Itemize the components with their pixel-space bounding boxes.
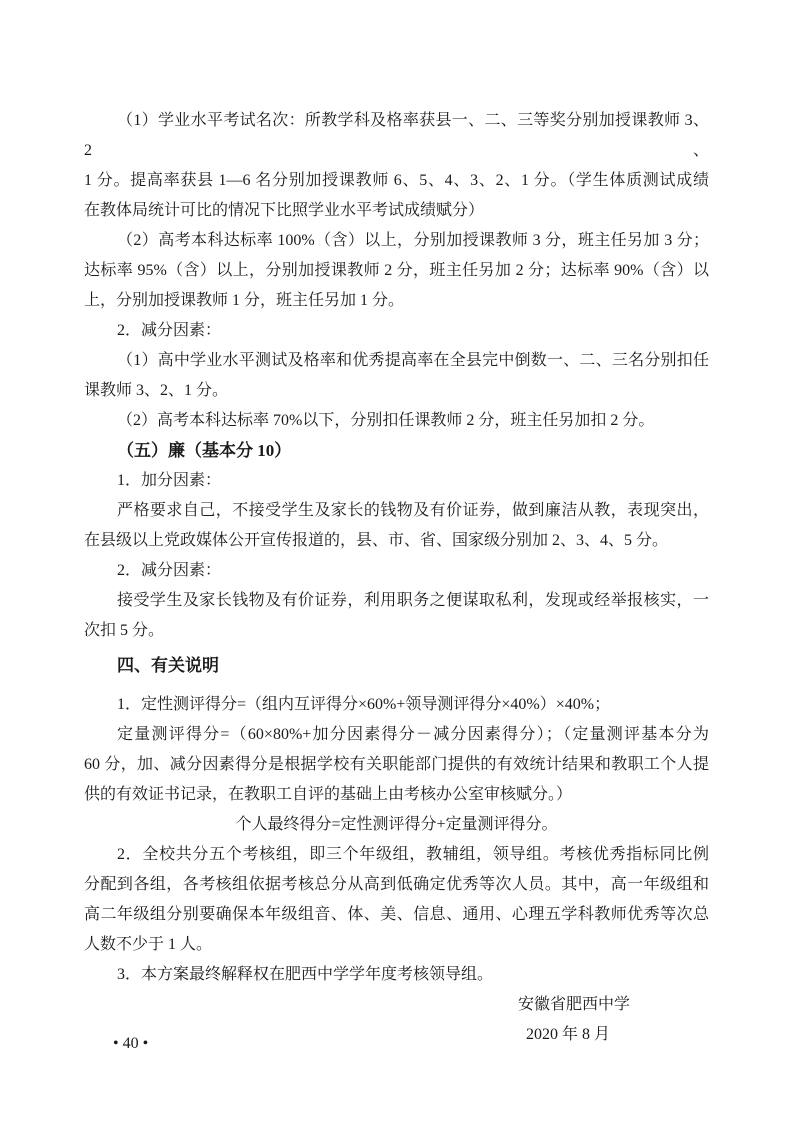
text-line: 2．减分因素： — [84, 316, 709, 346]
signature-date: 2020 年 8 月 — [84, 1020, 709, 1050]
text-line: （2）高考本科达标率 100%（含）以上，分别加授课教师 3 分，班主任另加 3… — [84, 226, 709, 256]
text-line: （1）高中学业水平测试及格率和优秀提高率在全县完中倒数一、二、三名分别扣任 — [84, 346, 709, 376]
text-line: 达标率 95%（含）以上，分别加授课教师 2 分，班主任另加 2 分；达标率 9… — [84, 256, 709, 286]
text-line: 次扣 5 分。 — [84, 616, 709, 646]
text-line: 在教体局统计可比的情况下比照学业水平考试成绩赋分） — [84, 196, 709, 226]
document-body: （1）学业水平考试名次：所教学科及格率获县一、二、三等奖分别加授课教师 3、2、… — [84, 106, 709, 1050]
text-line: 60 分，加、减分因素得分是根据学校有关职能部门提供的有效统计结果和教职工个人提 — [84, 750, 709, 780]
text-line: 供的有效证书记录，在教职工自评的基础上由考核办公室审核赋分。） — [84, 780, 709, 810]
text-line: 个人最终得分=定性测评得分+定量测评得分。 — [84, 810, 709, 840]
text-line: 在县级以上党政媒体公开宣传报道的，县、市、省、国家级分别加 2、3、4、5 分。 — [84, 526, 709, 556]
text-line: 接受学生及家长钱物及有价证券，利用职务之便谋取私利，发现或经举报核实，一 — [84, 586, 709, 616]
text-line: 上，分别加授课教师 1 分，班主任另加 1 分。 — [84, 286, 709, 316]
signature-org: 安徽省肥西中学 — [84, 990, 709, 1020]
heading-line: 四、有关说明 — [84, 651, 709, 681]
text-line: 分配到各组，各考核组依据考核总分从高到低确定优秀等次人员。其中，高一年级组和 — [84, 870, 709, 900]
text-line: （2）高考本科达标率 70%以下，分别扣任课教师 2 分，班主任另加扣 2 分。 — [84, 406, 709, 436]
document-lines: （1）学业水平考试名次：所教学科及格率获县一、二、三等奖分别加授课教师 3、2、… — [84, 106, 709, 990]
text-line: 1 分。提高率获县 1—6 名分别加授课教师 6、5、4、3、2、1 分。（学生… — [84, 166, 709, 196]
text-line: （1）学业水平考试名次：所教学科及格率获县一、二、三等奖分别加授课教师 3、2、 — [84, 106, 709, 166]
document-page: （1）学业水平考试名次：所教学科及格率获县一、二、三等奖分别加授课教师 3、2、… — [0, 0, 793, 1122]
page-number: • 40 • — [113, 1033, 148, 1055]
text-line: 高二年级组分别要确保本年级组音、体、美、信息、通用、心理五学科教师优秀等次总 — [84, 900, 709, 930]
text-line: 人数不少于 1 人。 — [84, 930, 709, 960]
text-line: 1．定性测评得分=（组内互评得分×60%+领导测评得分×40%）×40%； — [84, 690, 709, 720]
text-line: 课教师 3、2、1 分。 — [84, 376, 709, 406]
text-line: 2．减分因素： — [84, 556, 709, 586]
text-line: 定量测评得分=（60×80%+加分因素得分－减分因素得分）；（定量测评基本分为 — [84, 720, 709, 750]
text-line: 1．加分因素： — [84, 466, 709, 496]
text-line: 2．全校共分五个考核组，即三个年级组，教辅组，领导组。考核优秀指标同比例 — [84, 840, 709, 870]
text-line: 3．本方案最终解释权在肥西中学学年度考核领导组。 — [84, 960, 709, 990]
text-line: 严格要求自己，不接受学生及家长的钱物及有价证券，做到廉洁从教，表现突出， — [84, 496, 709, 526]
heading-line: （五）廉（基本分 10） — [84, 436, 709, 466]
